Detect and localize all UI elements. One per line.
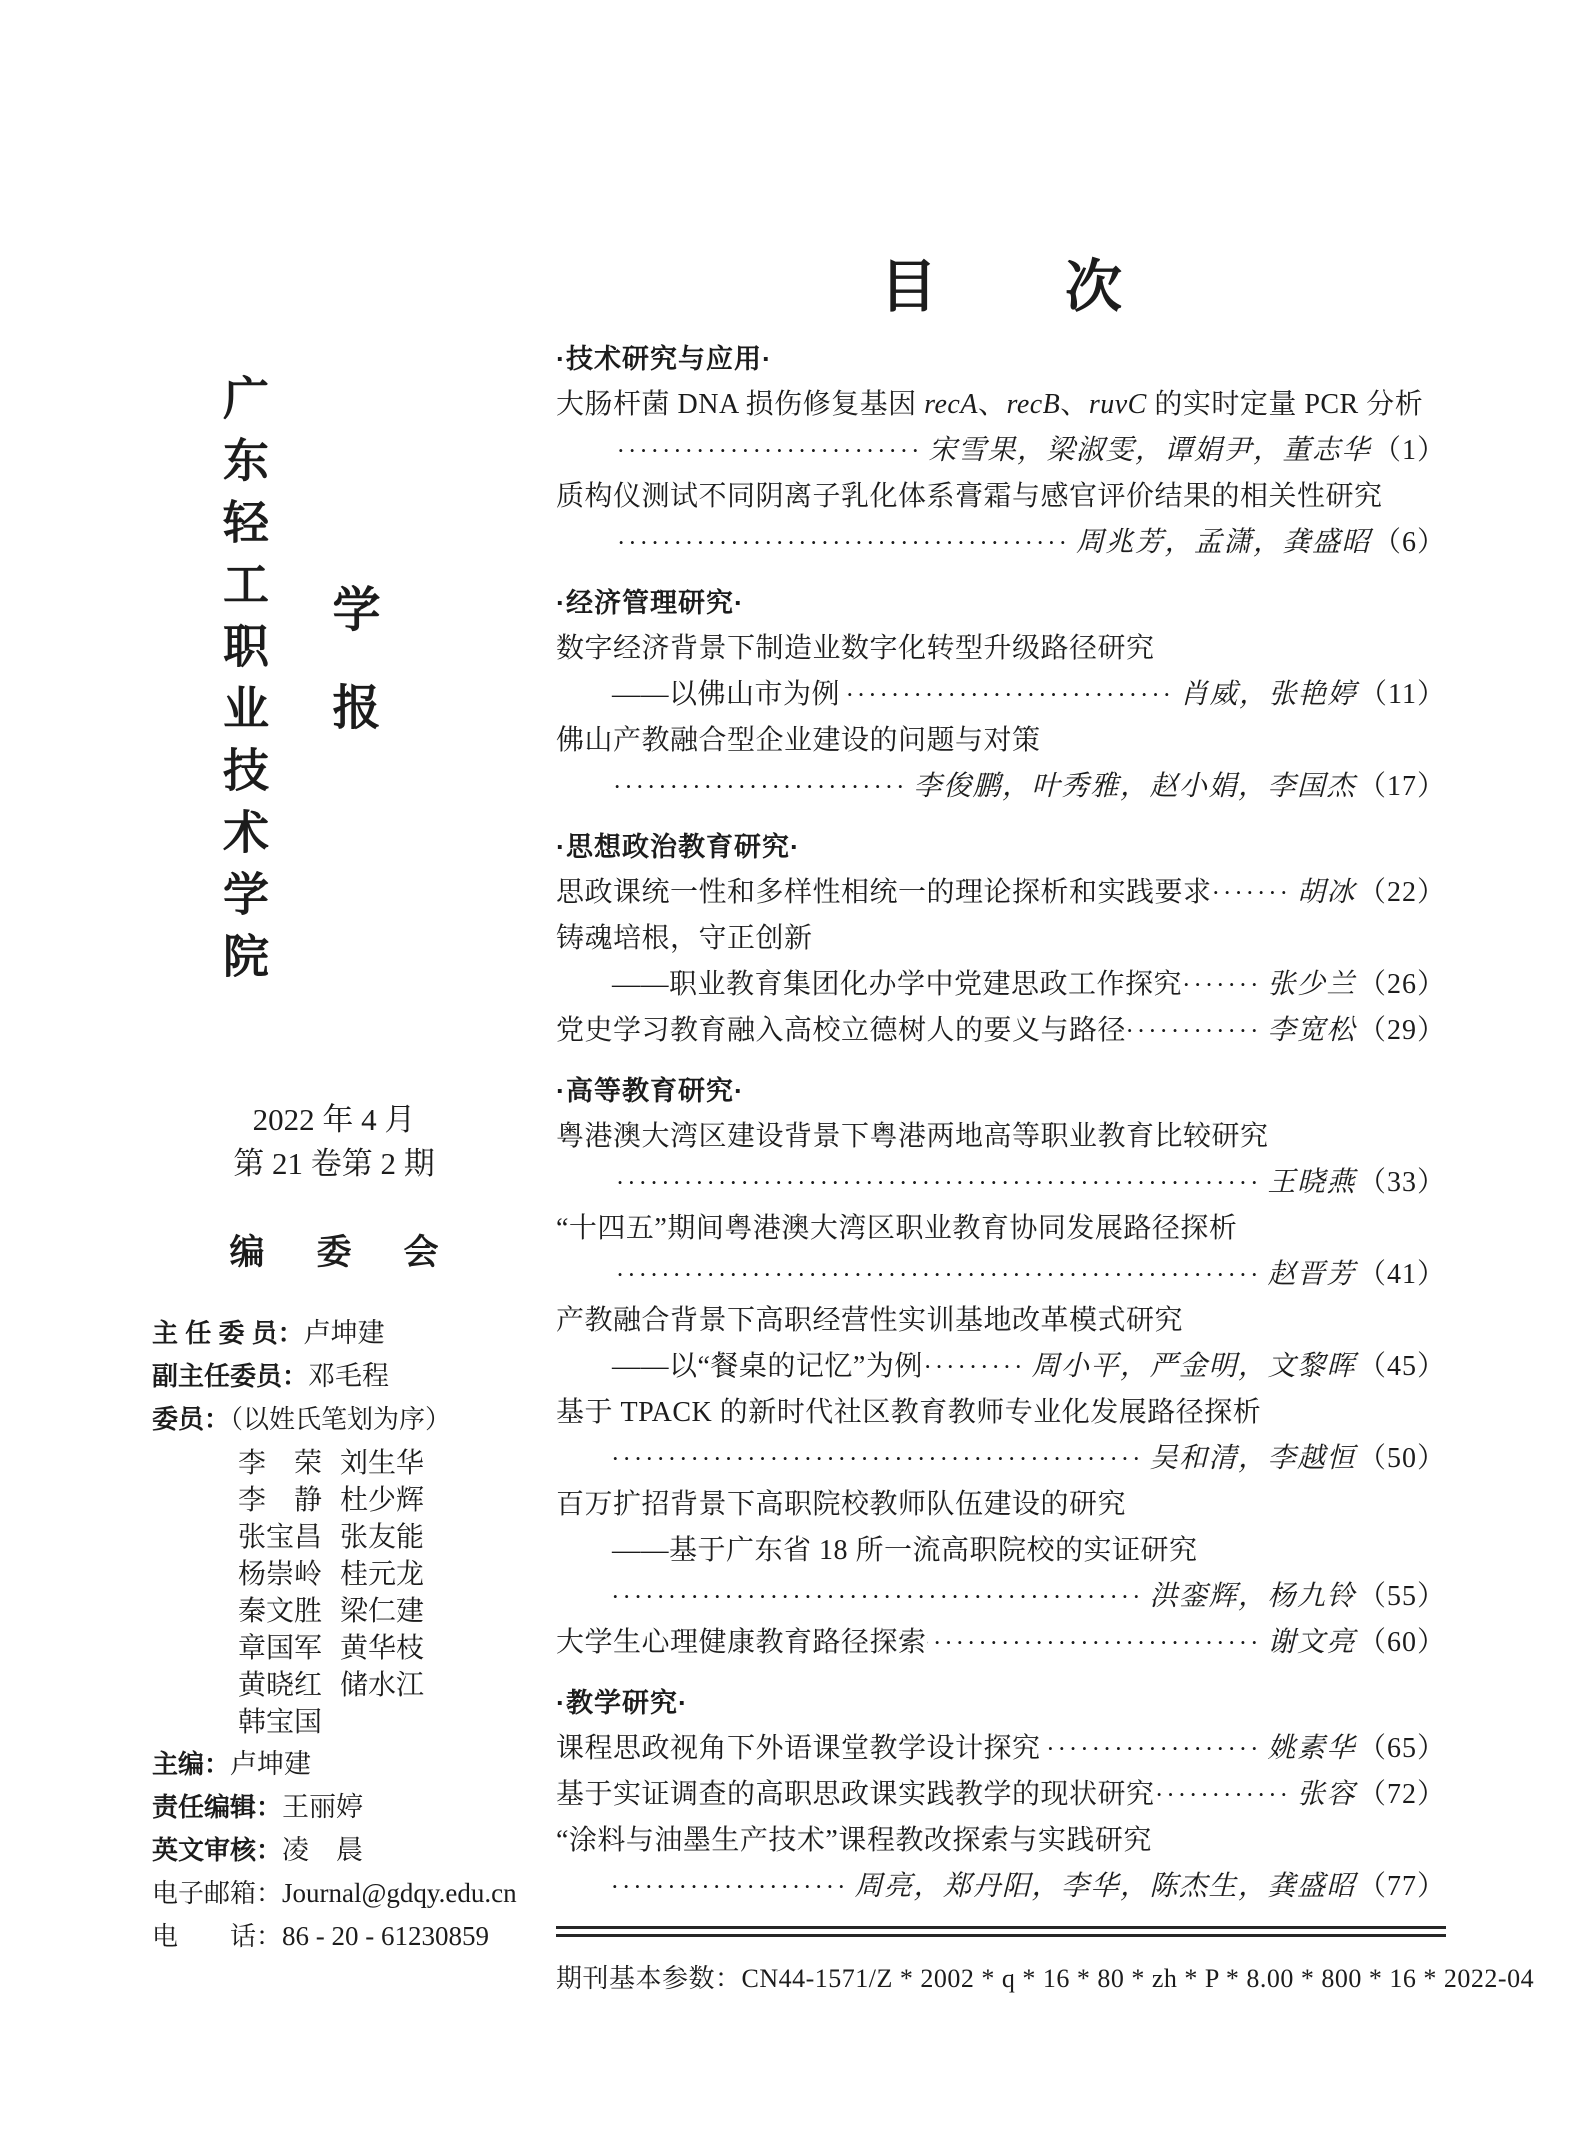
issue-date: 2022 年 4 月	[150, 1098, 518, 1142]
dot-leader	[840, 673, 1180, 719]
journal-toc-page: 广东轻工职业技术学院 学报 2022 年 4 月 第 21 卷第 2 期 编委会…	[0, 0, 1587, 2154]
toc-article-title: “涂料与油墨生产技术”课程教改探索与实践研究	[556, 1818, 1152, 1864]
toc-article-title: ——职业教育集团化办学中党建思政工作探究	[612, 962, 1182, 1008]
toc-article-title: 产教融合背景下高职经营性实训基地改革模式研究	[556, 1298, 1183, 1344]
toc-article-title: 课程思政视角下外语课堂教学设计探究	[556, 1726, 1041, 1772]
board-member-row: 李 荣刘生华	[238, 1445, 582, 1482]
toc-section-header: ·教学研究·	[556, 1680, 1446, 1726]
toc-article-title: “十四五”期间粤港澳大湾区职业教育协同发展路径探析	[556, 1206, 1237, 1252]
journal-parameters: 期刊基本参数：CN44-1571/Z * 2002 * q * 16 * 80 …	[556, 1961, 1446, 1997]
toc-article-title: 思政课统一性和多样性相统一的理论探析和实践要求	[556, 870, 1212, 916]
toc-authors: 谢文亮	[1267, 1620, 1356, 1666]
dot-leader	[1041, 1727, 1268, 1773]
dot-leader	[1126, 1009, 1267, 1055]
board-member-name: 张宝昌	[238, 1519, 334, 1556]
toc-page-number: （1）	[1373, 428, 1446, 474]
toc-page-number: （55）	[1358, 1574, 1446, 1620]
board-row-phone: 电 话：86 - 20 - 61230859	[152, 1915, 582, 1958]
toc-article-title: 质构仪测试不同阴离子乳化体系膏霜与感官评价结果的相关性研究	[556, 474, 1383, 520]
toc-authors: 张容	[1297, 1772, 1356, 1818]
gene-name: recA	[924, 389, 978, 420]
dot-leader	[612, 1865, 854, 1911]
title-run: 、	[1060, 389, 1089, 420]
dot-leader	[612, 521, 1076, 567]
dot-leader	[612, 429, 928, 475]
dot-leader	[1182, 963, 1267, 1009]
board-row-director: 主 任 委 员：卢坤建	[152, 1312, 582, 1355]
toc-line: 赵晋芳（41）	[556, 1252, 1446, 1298]
toc-line: ——职业教育集团化办学中党建思政工作探究张少兰（26）	[556, 962, 1446, 1008]
toc-page-number: （65）	[1358, 1726, 1446, 1772]
toc-authors: 李俊鹏，叶秀雅，赵小娟，李国杰	[913, 764, 1356, 810]
title-run: 大肠杆菌 DNA 损伤修复基因	[556, 389, 924, 420]
board-row-members-header: 委员：（以姓氏笔划为序）	[152, 1398, 582, 1441]
toc-line: 宋雪果，梁淑雯，谭娟尹，董志华（1）	[556, 428, 1446, 474]
toc-line: 大学生心理健康教育路径探索谢文亮（60）	[556, 1620, 1446, 1666]
toc-authors: 周小平，严金明，文黎晖	[1031, 1344, 1356, 1390]
toc-line: 王晓燕（33）	[556, 1160, 1446, 1206]
board-member-name: 桂元龙	[340, 1556, 582, 1593]
toc-entries: ·技术研究与应用·大肠杆菌 DNA 损伤修复基因 recA、recB、ruvC …	[556, 336, 1446, 1910]
toc-article-title: 大学生心理健康教育路径探索	[556, 1620, 927, 1666]
toc-article-title: 佛山产教融合型企业建设的问题与对策	[556, 718, 1041, 764]
toc-line: 吴和清，李越恒（50）	[556, 1436, 1446, 1482]
toc-article-title: ——以“餐桌的记忆”为例	[612, 1344, 923, 1390]
toc-authors: 赵晋芳	[1267, 1252, 1356, 1298]
toc-article-title: 粤港澳大湾区建设背景下粤港两地高等职业教育比较研究	[556, 1114, 1269, 1160]
toc-section-header: ·思想政治教育研究·	[556, 824, 1446, 870]
email-label: 电子邮箱：	[152, 1879, 282, 1908]
toc-article-title: 百万扩招背景下高职院校教师队伍建设的研究	[556, 1482, 1126, 1528]
toc-authors: 姚素华	[1267, 1726, 1356, 1772]
toc-section-header: ·高等教育研究·	[556, 1068, 1446, 1114]
toc-page-number: （60）	[1358, 1620, 1446, 1666]
toc-page-number: （50）	[1358, 1436, 1446, 1482]
members-header-label: 委员：	[152, 1404, 230, 1434]
toc-section-header: ·技术研究与应用·	[556, 336, 1446, 382]
managing-editor-label: 责任编辑：	[152, 1792, 282, 1822]
board-member-name	[340, 1704, 582, 1741]
toc-page-number: （26）	[1358, 962, 1446, 1008]
toc-section-header: ·经济管理研究·	[556, 580, 1446, 626]
phone-label: 电 话：	[152, 1922, 282, 1951]
english-reviewer-value: 凌 晨	[282, 1835, 363, 1865]
board-member-name: 李 静	[238, 1482, 334, 1519]
toc-article-title: 大肠杆菌 DNA 损伤修复基因 recA、recB、ruvC 的实时定量 PCR…	[556, 382, 1423, 428]
board-member-name: 秦文胜	[238, 1593, 334, 1630]
toc-line: 大肠杆菌 DNA 损伤修复基因 recA、recB、ruvC 的实时定量 PCR…	[556, 382, 1446, 428]
dot-leader	[923, 1345, 1032, 1391]
toc-line: “涂料与油墨生产技术”课程教改探索与实践研究	[556, 1818, 1446, 1864]
director-value: 卢坤建	[304, 1318, 385, 1348]
toc-line: 党史学习教育融入高校立德树人的要义与路径李宽松（29）	[556, 1008, 1446, 1054]
toc-line: 周兆芳，孟潇，龚盛昭（6）	[556, 520, 1446, 566]
toc-line: 课程思政视角下外语课堂教学设计探究姚素华（65）	[556, 1726, 1446, 1772]
board-member-name: 杜少辉	[340, 1482, 582, 1519]
dot-leader	[612, 1575, 1149, 1621]
toc-line: 铸魂培根，守正创新	[556, 916, 1446, 962]
toc-line: ——基于广东省 18 所一流高职院校的实证研究	[556, 1528, 1446, 1574]
toc-article-title: 数字经济背景下制造业数字化转型升级路径研究	[556, 626, 1155, 672]
dot-leader	[612, 1437, 1149, 1483]
editorial-board-heading: 编委会	[150, 1232, 518, 1274]
board-member-row: 张宝昌张友能	[238, 1519, 582, 1556]
toc-line: 质构仪测试不同阴离子乳化体系膏霜与感官评价结果的相关性研究	[556, 474, 1446, 520]
dot-leader	[927, 1621, 1268, 1667]
toc-authors: 周亮，郑丹阳，李华，陈杰生，龚盛昭	[854, 1864, 1356, 1910]
toc-line: 数字经济背景下制造业数字化转型升级路径研究	[556, 626, 1446, 672]
chief-editor-value: 卢坤建	[230, 1749, 311, 1779]
board-member-name: 黄晓红	[238, 1667, 334, 1704]
toc-line: 洪銮辉，杨九铃（55）	[556, 1574, 1446, 1620]
board-row-deputy-director: 副主任委员：邓毛程	[152, 1355, 582, 1398]
dot-leader	[612, 1253, 1267, 1299]
journal-name-text: 广东轻工职业技术学院	[217, 374, 268, 994]
gene-name: ruvC	[1089, 389, 1147, 420]
phone-value: 86 - 20 - 61230859	[282, 1921, 489, 1951]
toc-authors: 吴和清，李越恒	[1149, 1436, 1356, 1482]
journal-name-vertical: 广东轻工职业技术学院	[214, 374, 270, 994]
issue-info: 2022 年 4 月 第 21 卷第 2 期	[150, 1098, 518, 1186]
board-member-row: 李 静杜少辉	[238, 1482, 582, 1519]
toc-authors: 王晓燕	[1267, 1160, 1356, 1206]
managing-editor-value: 王丽婷	[282, 1792, 363, 1822]
toc-line: 粤港澳大湾区建设背景下粤港两地高等职业教育比较研究	[556, 1114, 1446, 1160]
toc-article-title: 铸魂培根，守正创新	[556, 916, 813, 962]
title-run: 、	[978, 389, 1007, 420]
toc-page-number: （33）	[1358, 1160, 1446, 1206]
board-member-row: 韩宝国	[238, 1704, 582, 1741]
toc-line: 佛山产教融合型企业建设的问题与对策	[556, 718, 1446, 764]
dot-leader	[1155, 1773, 1297, 1819]
toc-page-number: （29）	[1358, 1008, 1446, 1054]
issue-volume: 第 21 卷第 2 期	[150, 1142, 518, 1186]
board-member-name: 杨崇岭	[238, 1556, 334, 1593]
toc-page-number: （72）	[1358, 1772, 1446, 1818]
toc-authors: 肖威，张艳婷	[1180, 672, 1357, 718]
toc-line: ——以“餐桌的记忆”为例周小平，严金明，文黎晖（45）	[556, 1344, 1446, 1390]
toc-title-text: 目次	[880, 256, 1250, 319]
toc-page-number: （17）	[1358, 764, 1446, 810]
toc-line: 思政课统一性和多样性相统一的理论探析和实践要求胡冰（22）	[556, 870, 1446, 916]
chief-editor-label: 主编：	[152, 1749, 230, 1779]
toc-page-number: （41）	[1358, 1252, 1446, 1298]
toc-line: 百万扩招背景下高职院校教师队伍建设的研究	[556, 1482, 1446, 1528]
editorial-board: 主 任 委 员：卢坤建副主任委员：邓毛程委员：（以姓氏笔划为序）李 荣刘生华李 …	[152, 1312, 582, 1958]
board-member-name: 黄华枝	[340, 1630, 582, 1667]
toc-authors: 周兆芳，孟潇，龚盛昭	[1076, 520, 1371, 566]
toc-authors: 胡冰	[1297, 870, 1356, 916]
toc-authors: 洪銮辉，杨九铃	[1149, 1574, 1356, 1620]
director-label: 主 任 委 员：	[152, 1318, 304, 1348]
toc-line: “十四五”期间粤港澳大湾区职业教育协同发展路径探析	[556, 1206, 1446, 1252]
toc-authors: 张少兰	[1267, 962, 1356, 1008]
toc-article-title: ——以佛山市为例	[612, 672, 840, 718]
toc-line: ——以佛山市为例肖威，张艳婷（11）	[556, 672, 1446, 718]
board-member-name: 刘生华	[340, 1445, 582, 1482]
email-value: Journal@gdqy.edu.cn	[282, 1878, 517, 1908]
dot-leader	[612, 765, 913, 811]
toc-article-title: 基于实证调查的高职思政课实践教学的现状研究	[556, 1772, 1155, 1818]
board-member-row: 章国军黄华枝	[238, 1630, 582, 1667]
title-run: 的实时定量 PCR 分析	[1147, 389, 1423, 420]
dot-leader	[612, 1161, 1267, 1207]
toc-page-number: （11）	[1359, 672, 1446, 718]
dot-leader	[1212, 871, 1297, 917]
toc-line: 周亮，郑丹阳，李华，陈杰生，龚盛昭（77）	[556, 1864, 1446, 1910]
board-member-row: 黄晓红储水江	[238, 1667, 582, 1704]
deputy-director-label: 副主任委员：	[152, 1361, 308, 1391]
journal-subtitle-text: 学报	[325, 584, 378, 780]
toc-page-number: （6）	[1373, 520, 1446, 566]
board-row-chief-editor: 主编：卢坤建	[152, 1743, 582, 1786]
toc-line: 李俊鹏，叶秀雅，赵小娟，李国杰（17）	[556, 764, 1446, 810]
board-row-english-reviewer: 英文审核：凌 晨	[152, 1829, 582, 1872]
board-member-name: 张友能	[340, 1519, 582, 1556]
toc-line: 基于 TPACK 的新时代社区教育教师专业化发展路径探析	[556, 1390, 1446, 1436]
board-member-row: 秦文胜梁仁建	[238, 1593, 582, 1630]
toc-line: 产教融合背景下高职经营性实训基地改革模式研究	[556, 1298, 1446, 1344]
board-member-name: 梁仁建	[340, 1593, 582, 1630]
board-member-name: 章国军	[238, 1630, 334, 1667]
board-row-managing-editor: 责任编辑：王丽婷	[152, 1786, 582, 1829]
english-reviewer-label: 英文审核：	[152, 1835, 282, 1865]
board-member-name: 韩宝国	[238, 1704, 334, 1741]
toc-article-title: ——基于广东省 18 所一流高职院校的实证研究	[612, 1528, 1198, 1574]
deputy-director-value: 邓毛程	[308, 1361, 389, 1391]
toc-page-number: （22）	[1358, 870, 1446, 916]
toc-page-number: （77）	[1358, 1864, 1446, 1910]
members-header-value: （以姓氏笔划为序）	[230, 1405, 451, 1434]
divider-rule	[556, 1926, 1446, 1937]
board-row-email: 电子邮箱：Journal@gdqy.edu.cn	[152, 1872, 582, 1915]
toc-authors: 宋雪果，梁淑雯，谭娟尹，董志华	[928, 428, 1371, 474]
toc-line: 基于实证调查的高职思政课实践教学的现状研究张容（72）	[556, 1772, 1446, 1818]
toc-article-title: 基于 TPACK 的新时代社区教育教师专业化发展路径探析	[556, 1390, 1261, 1436]
board-member-name: 储水江	[340, 1667, 582, 1704]
toc-article-title: 党史学习教育融入高校立德树人的要义与路径	[556, 1008, 1126, 1054]
gene-name: recB	[1006, 389, 1060, 420]
toc-title: 目次	[556, 254, 1446, 322]
toc-authors: 李宽松	[1267, 1008, 1356, 1054]
toc-page-number: （45）	[1358, 1344, 1446, 1390]
journal-subtitle-vertical: 学报	[320, 584, 382, 780]
toc: 目次 ·技术研究与应用·大肠杆菌 DNA 损伤修复基因 recA、recB、ru…	[556, 0, 1446, 1997]
board-member-name: 李 荣	[238, 1445, 334, 1482]
board-member-row: 杨崇岭桂元龙	[238, 1556, 582, 1593]
board-members-list: 李 荣刘生华李 静杜少辉张宝昌张友能杨崇岭桂元龙秦文胜梁仁建章国军黄华枝黄晓红储…	[238, 1445, 582, 1741]
editorial-board-heading-text: 编委会	[229, 1233, 490, 1272]
